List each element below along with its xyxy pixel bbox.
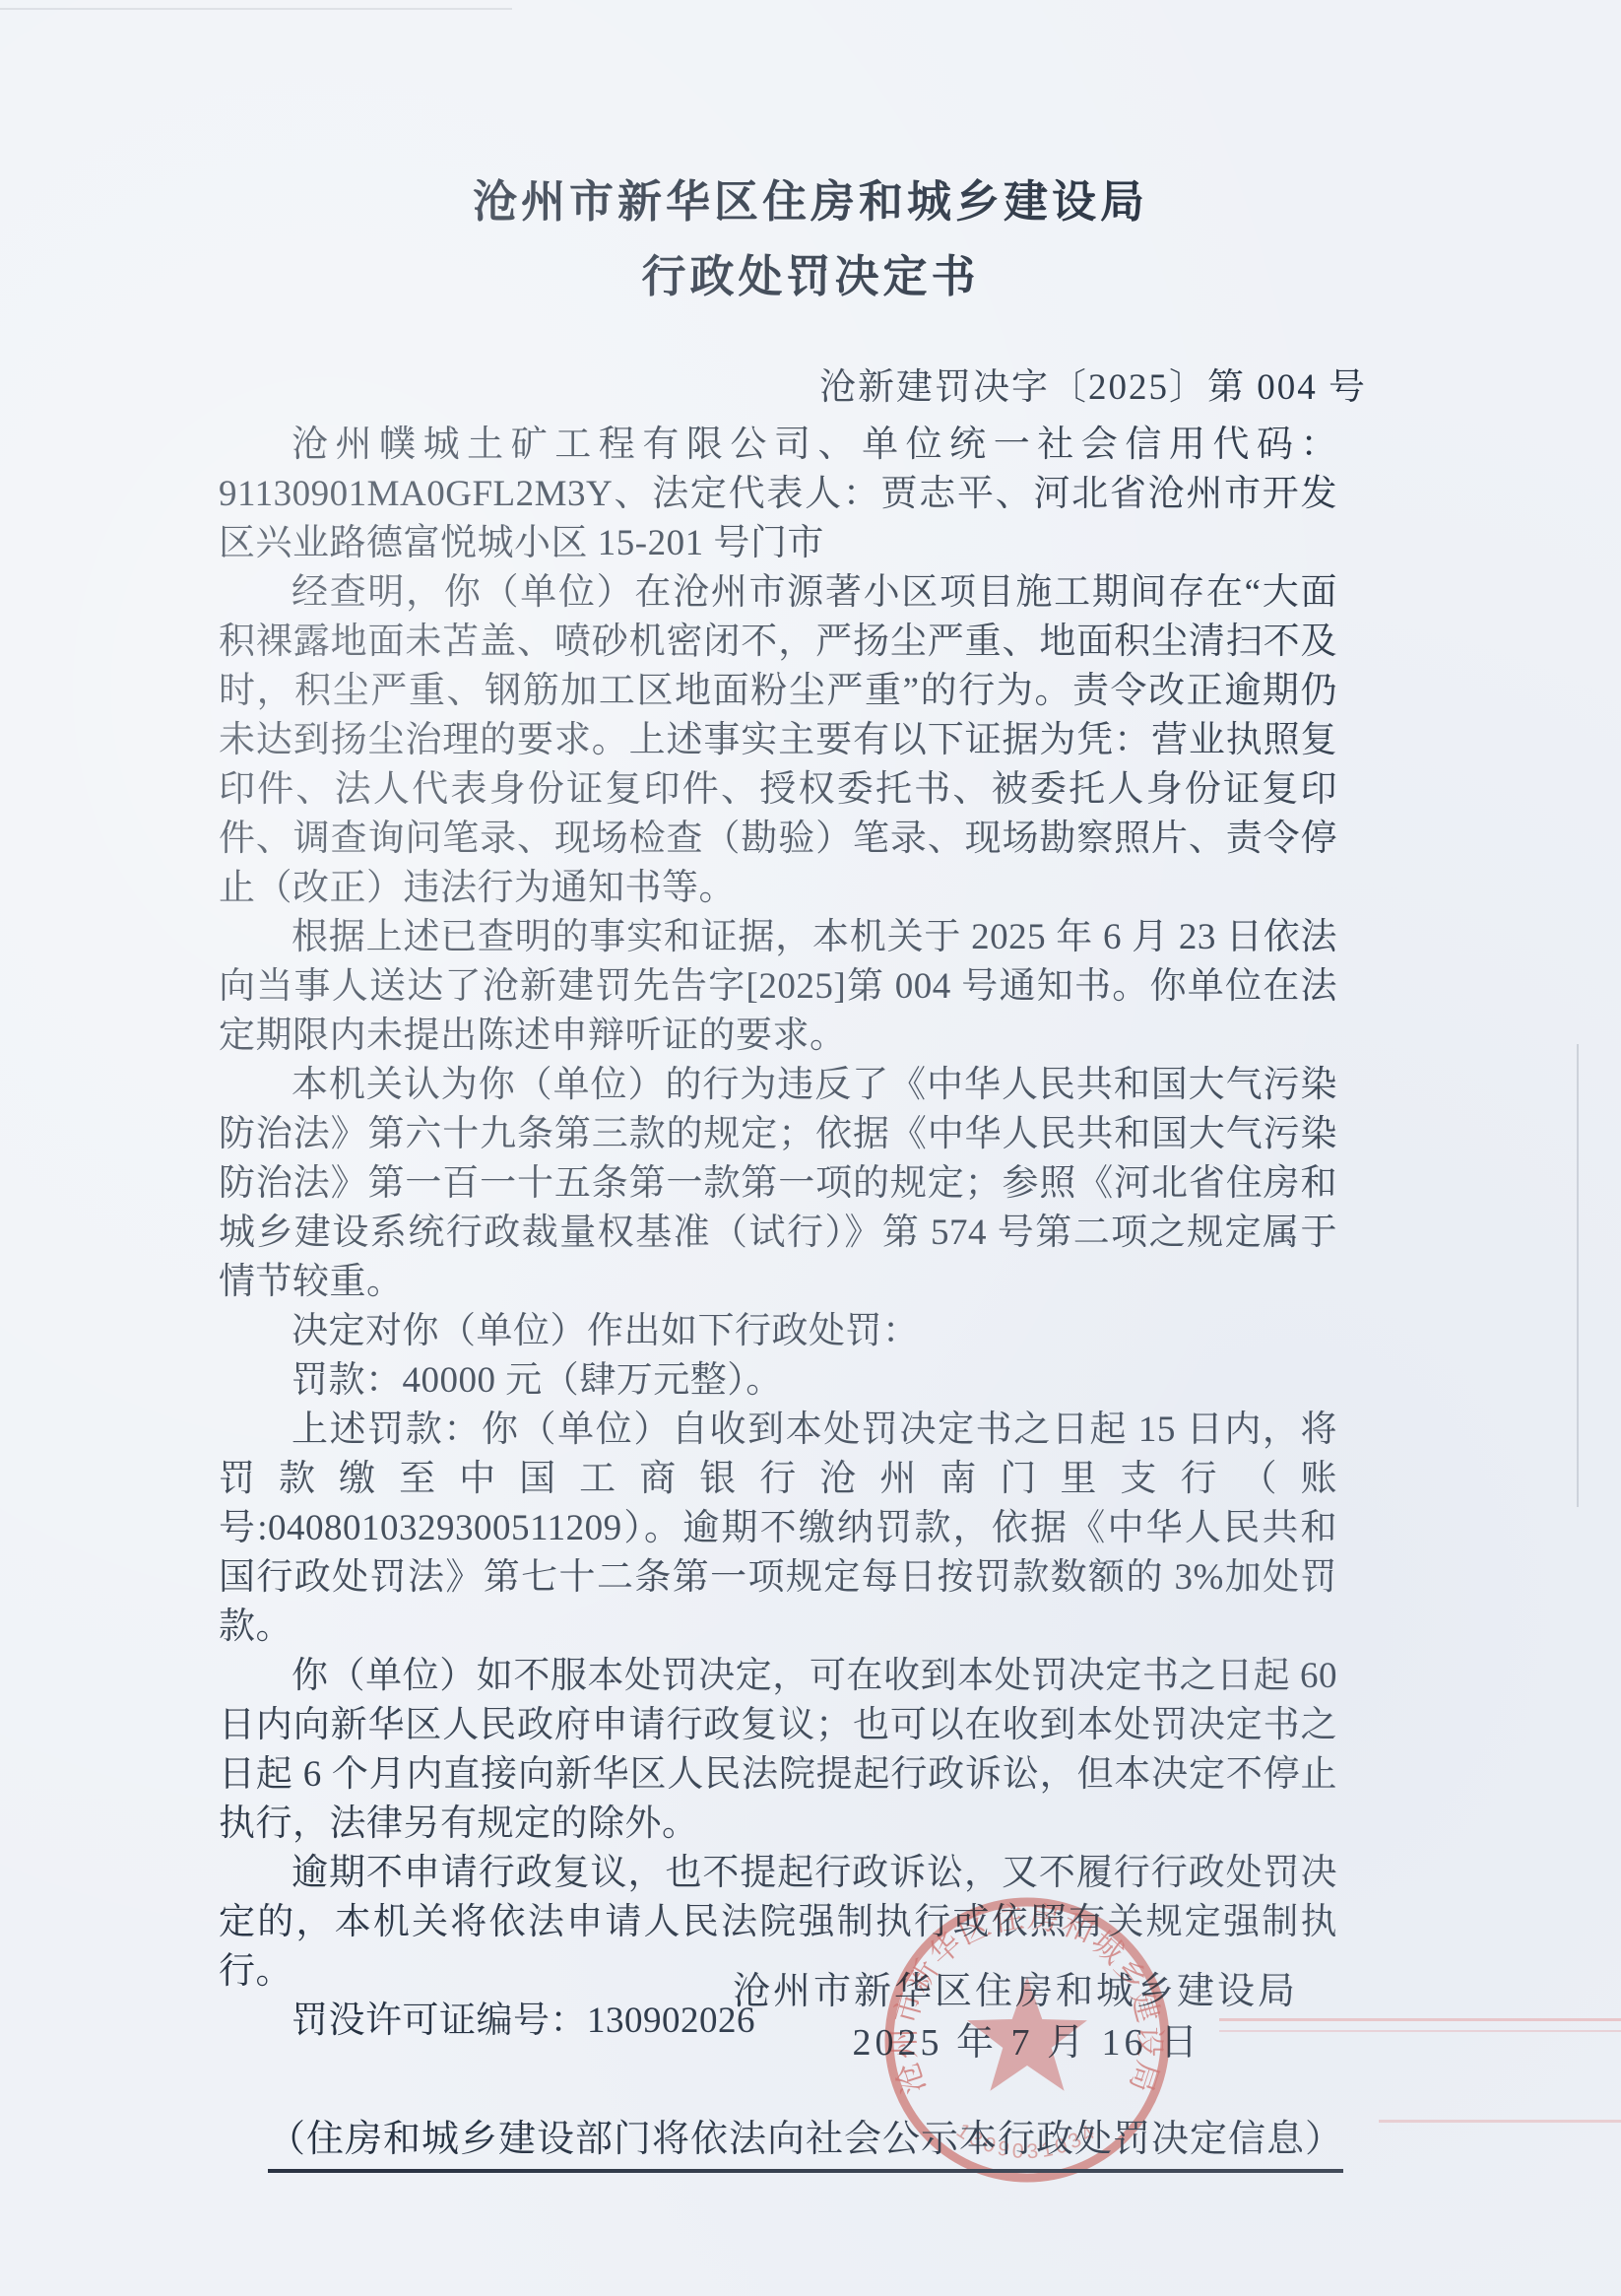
paragraph-prior-notice: 根据上述已查明的事实和证据，本机关于 2025 年 6 月 23 日依法向当事人… <box>219 913 1337 1061</box>
paragraph-payment-instructions: 上述罚款：你（单位）自收到本处罚决定书之日起 15 日内，将罚款缴至中国工商银行… <box>219 1406 1337 1652</box>
scan-artifact-pink-streak-3 <box>1379 2120 1621 2123</box>
scan-artifact-pink-streak-1 <box>1219 2018 1621 2021</box>
paragraph-party-info: 沧州幞城土矿工程有限公司、单位统一社会信用代码：91130901MA0GFL2M… <box>219 421 1337 568</box>
document-title-authority: 沧州市新华区住房和城乡建设局 <box>0 165 1621 230</box>
scan-artifact-top-edge <box>0 8 512 10</box>
document-title-type: 行政处罚决定书 <box>0 240 1621 304</box>
scan-artifact-pink-streak-2 <box>1219 2030 1621 2032</box>
penalty-decision-document: 沧州市新华区住房和城乡建设局 行政处罚决定书 沧新建罚决字〔2025〕第 004… <box>0 0 1621 2296</box>
paragraph-fine-amount: 罚款：40000 元（肆万元整）。 <box>219 1356 1337 1406</box>
footer-disclosure-note: （住房和城乡建设部门将依法向社会公示本行政处罚决定信息） <box>268 2108 1343 2173</box>
paragraph-findings: 经查明，你（单位）在沧州市源著小区项目施工期间存在“大面积裸露地面未苫盖、喷砂机… <box>219 568 1337 913</box>
document-number: 沧新建罚决字〔2025〕第 004 号 <box>819 357 1367 410</box>
issuer-signature: 沧州市新华区住房和城乡建设局 <box>733 1960 1298 2014</box>
paragraph-appeal-rights: 你（单位）如不服本处罚决定，可在收到本处罚决定书之日起 60 日内向新华区人民政… <box>219 1652 1337 1849</box>
scan-artifact-vertical-line <box>1577 1044 1579 1507</box>
issue-date: 2025 年 7 月 16 日 <box>852 2011 1201 2066</box>
document-body: 沧州幞城土矿工程有限公司、单位统一社会信用代码：91130901MA0GFL2M… <box>219 421 1337 2046</box>
paragraph-legal-basis: 本机关认为你（单位）的行为违反了《中华人民共和国大气污染防治法》第六十九条第三款… <box>219 1061 1337 1307</box>
paragraph-decision-intro: 决定对你（单位）作出如下行政处罚： <box>219 1307 1337 1356</box>
